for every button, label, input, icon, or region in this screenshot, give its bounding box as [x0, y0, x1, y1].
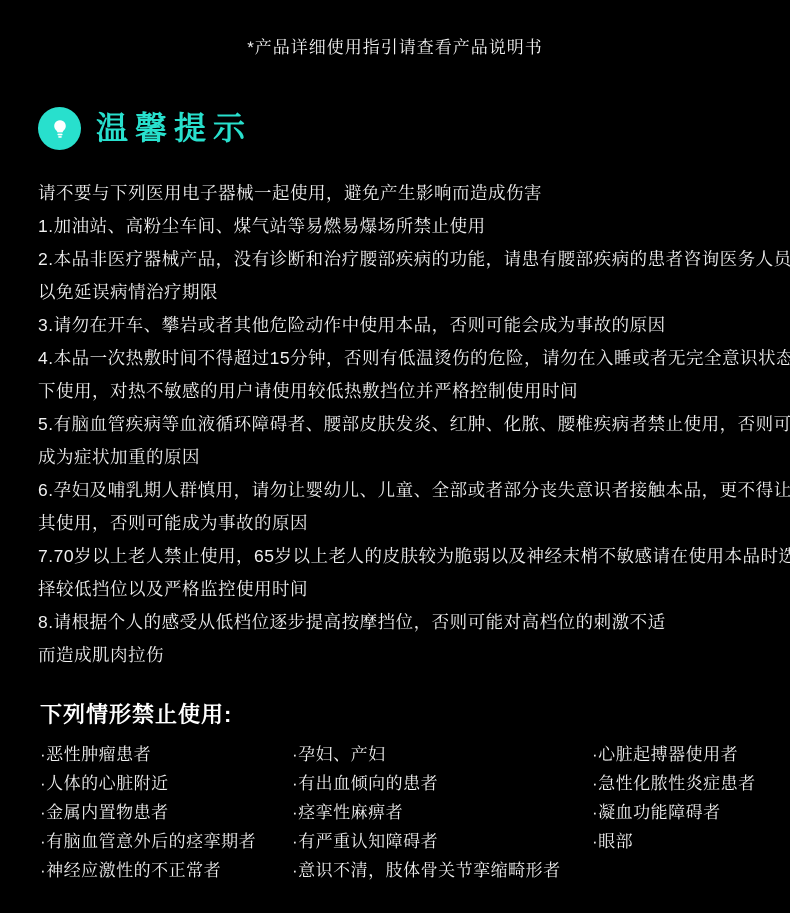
prohibited-item: ·有出血倾向的患者 [292, 769, 592, 798]
prohibited-column-2: ·孕妇、产妇 ·有出血倾向的患者 ·痉挛性麻痹者 ·有严重认知障碍者 ·意识不清… [292, 740, 592, 885]
prohibited-item: ·有严重认知障碍者 [292, 827, 592, 856]
prohibited-item: ·有脑血管意外后的痉挛期者 [40, 827, 292, 856]
prohibited-item: ·金属内置物患者 [40, 798, 292, 827]
prohibited-column-3: ·心脏起搏器使用者 ·急性化脓性炎症患者 ·凝血功能障碍者 ·眼部 [592, 740, 790, 885]
warning-line: 请不要与下列医用电子器械一起使用，避免产生影响而造成伤害 [38, 177, 766, 210]
warning-line: 4.本品一次热敷时间不得超过15分钟，否则有低温烫伤的危险，请勿在入睡或者无完全… [38, 342, 766, 375]
prohibited-item: ·孕妇、产妇 [292, 740, 592, 769]
prohibited-item: ·心脏起搏器使用者 [592, 740, 790, 769]
warnings-list: 请不要与下列医用电子器械一起使用，避免产生影响而造成伤害 1.加油站、高粉尘车间… [38, 177, 766, 672]
page-title: 温馨提示 [96, 107, 252, 150]
lightbulb-icon [38, 107, 81, 150]
prohibited-section: 下列情形禁止使用: ·恶性肿瘤患者 ·人体的心脏附近 ·金属内置物患者 ·有脑血… [40, 702, 790, 885]
top-note: *产品详细使用指引请查看产品说明书 [0, 0, 790, 58]
warning-line: 5.有脑血管疾病等血液循环障碍者、腰部皮肤发炎、红肿、化脓、腰椎疾病者禁止使用，… [38, 408, 766, 441]
warning-line: 7.70岁以上老人禁止使用，65岁以上老人的皮肤较为脆弱以及神经末梢不敏感请在使… [38, 540, 766, 573]
warning-line: 成为症状加重的原因 [38, 441, 766, 474]
prohibited-item: ·眼部 [592, 827, 790, 856]
warning-line: 2.本品非医疗器械产品，没有诊断和治疗腰部疾病的功能，请患有腰部疾病的患者咨询医… [38, 243, 766, 276]
prohibited-item: ·意识不清，肢体骨关节挛缩畸形者 [292, 856, 592, 885]
prohibited-item: ·痉挛性麻痹者 [292, 798, 592, 827]
prohibited-heading: 下列情形禁止使用: [40, 702, 790, 728]
warning-line: 其使用，否则可能成为事故的原因 [38, 507, 766, 540]
prohibited-item: ·恶性肿瘤患者 [40, 740, 292, 769]
prohibited-item: ·神经应激性的不正常者 [40, 856, 292, 885]
warning-line: 3.请勿在开车、攀岩或者其他危险动作中使用本品，否则可能会成为事故的原因 [38, 309, 766, 342]
warning-line: 8.请根据个人的感受从低档位逐步提高按摩挡位，否则可能对高档位的刺激不适 [38, 606, 766, 639]
prohibited-item: ·急性化脓性炎症患者 [592, 769, 790, 798]
prohibited-columns: ·恶性肿瘤患者 ·人体的心脏附近 ·金属内置物患者 ·有脑血管意外后的痉挛期者 … [40, 740, 790, 885]
section-title-row: 温馨提示 [38, 107, 790, 150]
prohibited-item: ·凝血功能障碍者 [592, 798, 790, 827]
warning-line: 而造成肌肉拉伤 [38, 639, 766, 672]
prohibited-column-1: ·恶性肿瘤患者 ·人体的心脏附近 ·金属内置物患者 ·有脑血管意外后的痉挛期者 … [40, 740, 292, 885]
prohibited-item: ·人体的心脏附近 [40, 769, 292, 798]
warning-line: 6.孕妇及哺乳期人群慎用，请勿让婴幼儿、儿童、全部或者部分丧失意识者接触本品，更… [38, 474, 766, 507]
warning-line: 择较低挡位以及严格监控使用时间 [38, 573, 766, 606]
product-warning-page: *产品详细使用指引请查看产品说明书 温馨提示 请不要与下列医用电子器械一起使用，… [0, 0, 790, 913]
warning-line: 下使用，对热不敏感的用户请使用较低热敷挡位并严格控制使用时间 [38, 375, 766, 408]
warning-line: 1.加油站、高粉尘车间、煤气站等易燃易爆场所禁止使用 [38, 210, 766, 243]
warning-line: 以免延误病情治疗期限 [38, 276, 766, 309]
